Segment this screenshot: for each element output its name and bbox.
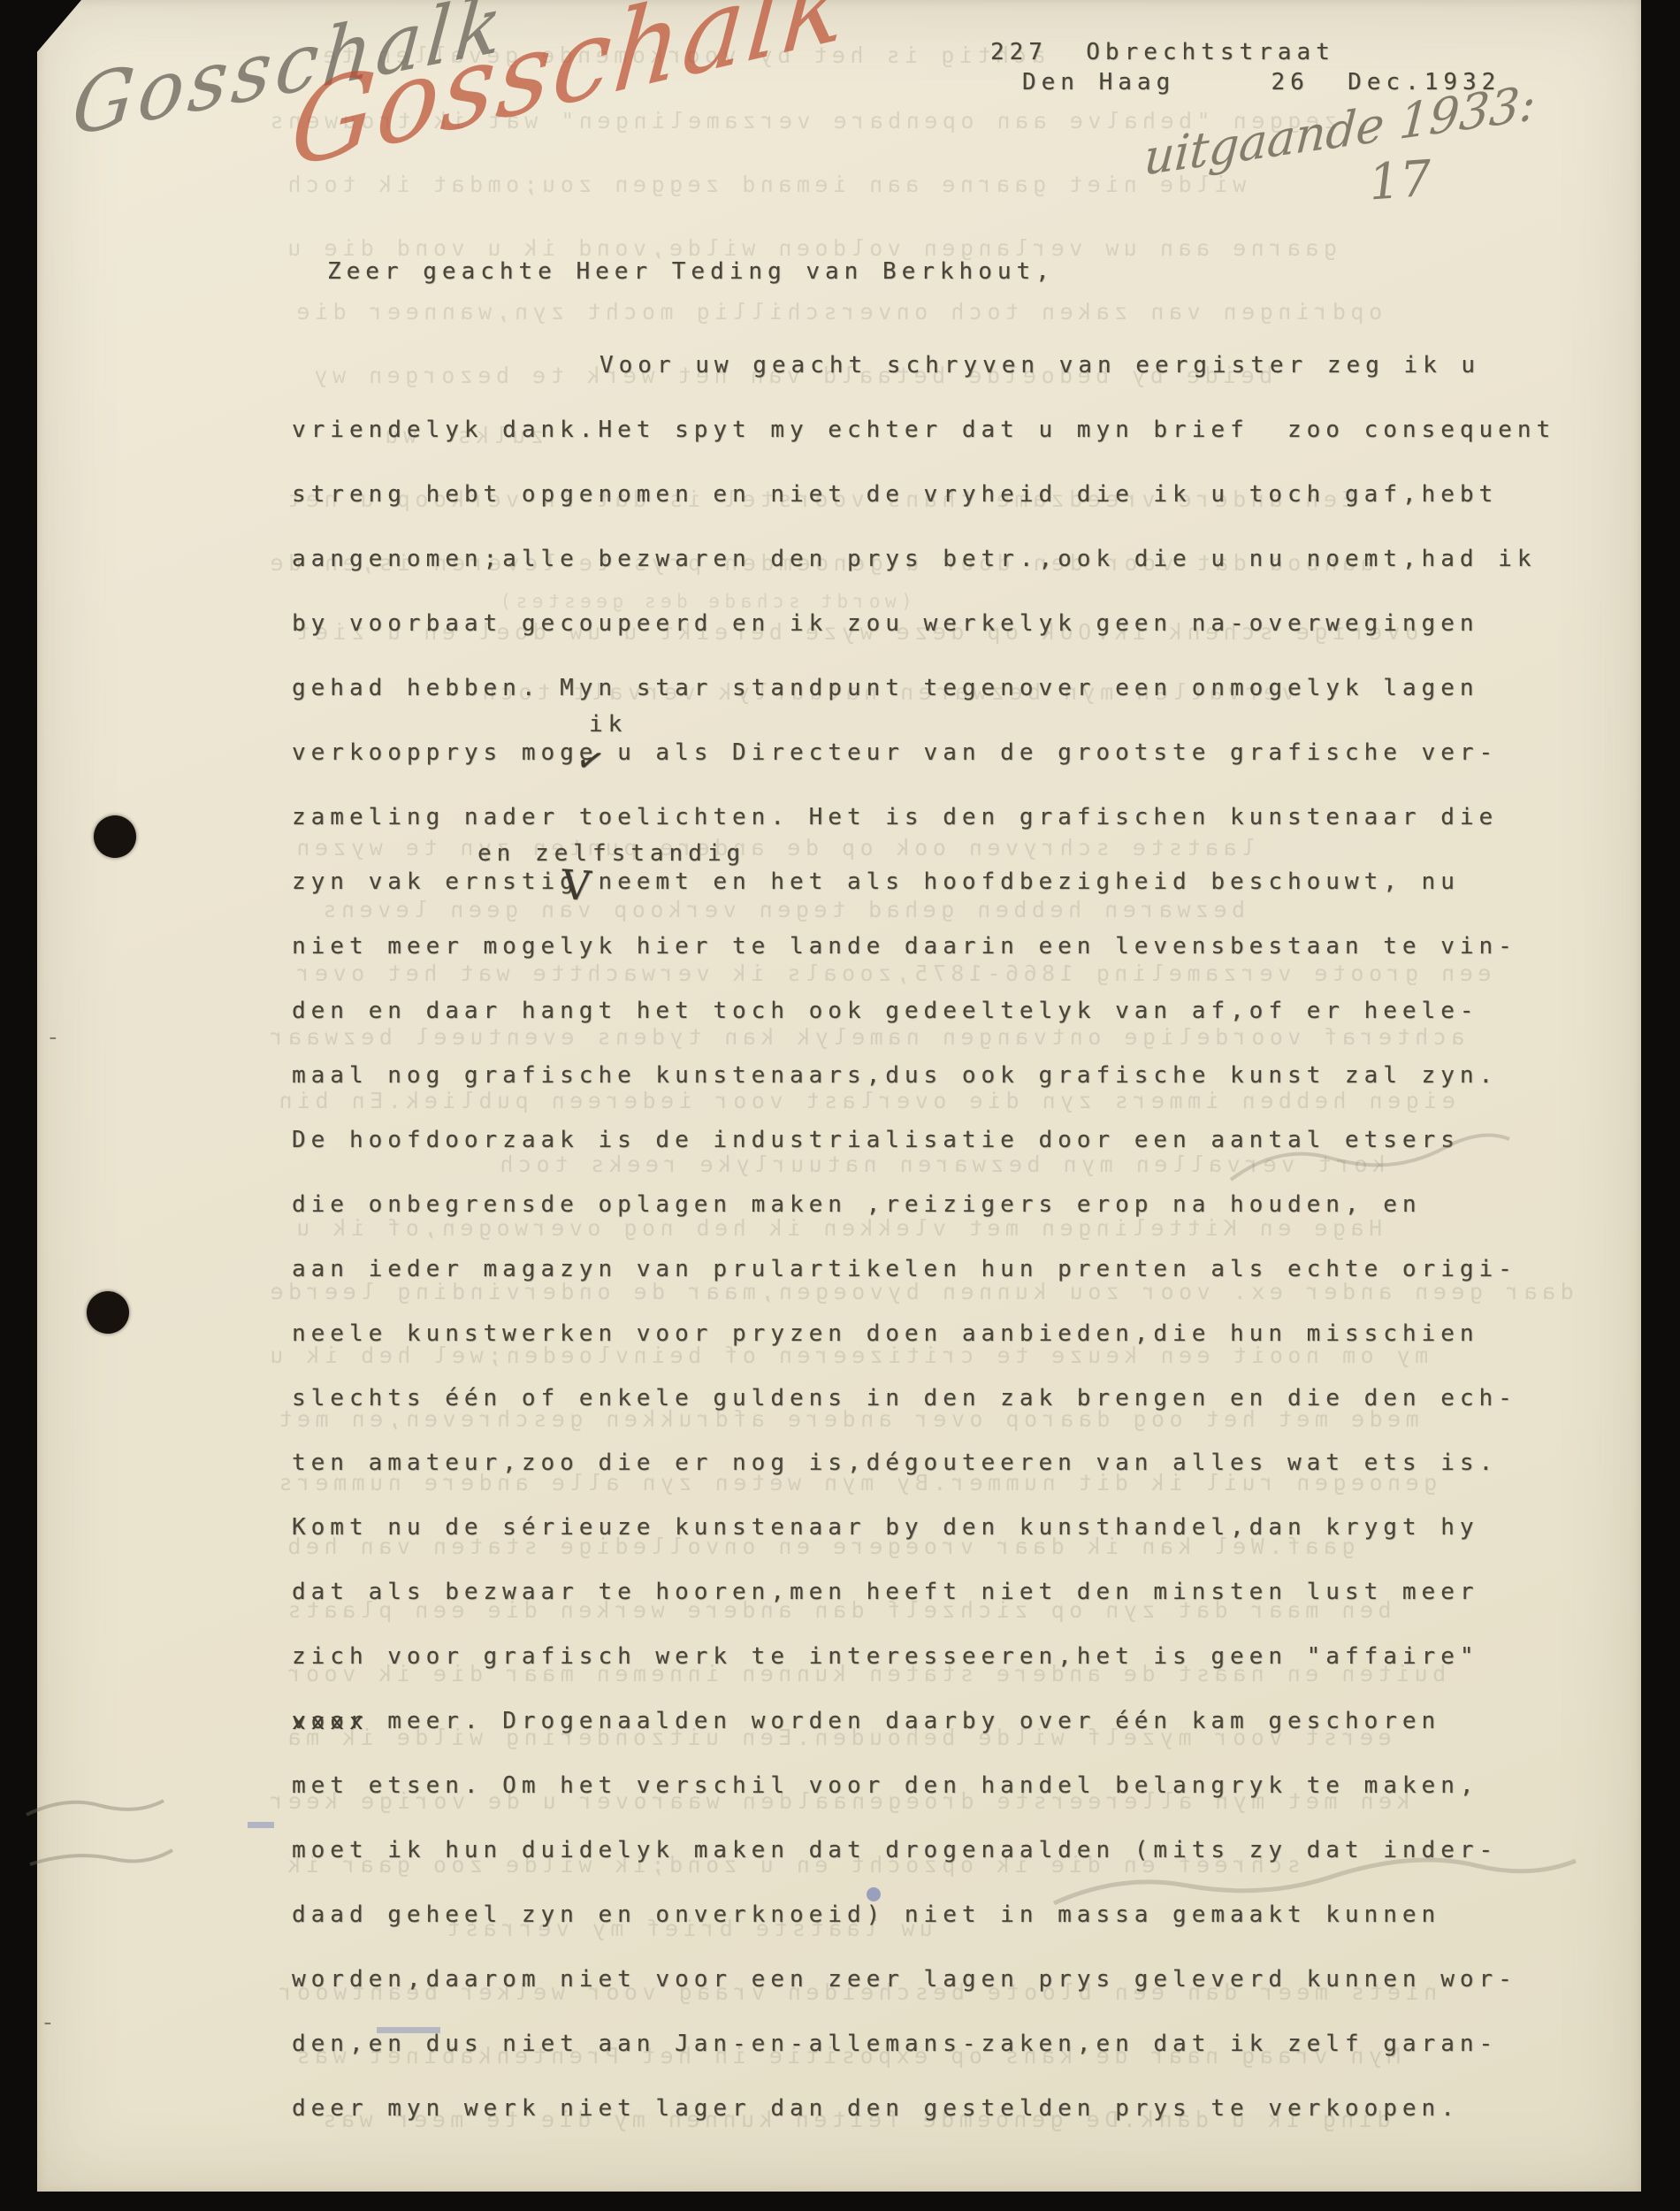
typed-line: neele kunstwerken voor pryzen doen aanbi… xyxy=(292,1320,1555,1385)
typed-line-text: Voor uw geacht schryven van eergister ze… xyxy=(599,352,1480,379)
typed-line-text: aan ieder magazyn van prulartikelen hun … xyxy=(292,1256,1517,1282)
typed-line-text: maal nog grafische kunstenaars,dus ook g… xyxy=(292,1062,1498,1089)
typed-line: die onbegrensde oplagen maken ,reizigers… xyxy=(292,1191,1555,1256)
typed-line: vriendelyk dank.Het spyt my echter dat u… xyxy=(292,417,1555,481)
typed-line-text: zich voor grafisch werk te interesseeren… xyxy=(292,1643,1479,1670)
typed-line: dat als bezwaar te hooren,men heeft niet… xyxy=(292,1579,1555,1643)
typed-line-text: den en daar hangt het toch ook gedeeltel… xyxy=(292,998,1479,1024)
typed-line: by voorbaat gecoupeerd en ik zou werkely… xyxy=(292,610,1555,675)
typed-line: aangenomen;alle bezwaren den prys betr.,… xyxy=(292,546,1555,610)
filing-number: 17 xyxy=(1367,150,1434,212)
typed-line-text: verkoopprys moge u als Directeur van de … xyxy=(292,739,1498,766)
typed-line-text: by voorbaat gecoupeerd en ik zou werkely… xyxy=(292,610,1479,637)
typed-line-text: meer. Drogenaalden worden daarby over éé… xyxy=(369,1708,1441,1734)
salutation: Zeer geachte Heer Teding van Berkhout, xyxy=(327,258,1055,285)
typed-line-text: neele kunstwerken voor pryzen doen aanbi… xyxy=(292,1320,1479,1347)
typed-line-text: Komt nu de sérieuze kunstenaar by den ku… xyxy=(292,1514,1479,1541)
typed-line: aan ieder magazyn van prulartikelen hun … xyxy=(292,1256,1555,1320)
typed-line: deer myn werk niet lager dan den gesteld… xyxy=(292,2095,1555,2160)
typed-line-text: daad geheel zyn en onverknoeid) niet in … xyxy=(292,1901,1440,1928)
typed-line: daad geheel zyn en onverknoeid) niet in … xyxy=(292,1901,1555,1966)
typed-line-text: De hoofdoorzaak is de industrialisatie d… xyxy=(292,1127,1460,1153)
typed-line-text: aangenomen;alle bezwaren den prys betr.,… xyxy=(292,546,1536,572)
typed-line: zyn vak ernstig neemt en het als hoofdbe… xyxy=(292,868,1555,933)
typed-line: Voor uw geacht schryven van eergister ze… xyxy=(292,352,1555,417)
typed-line: met etsen. Om het verschil voor den hand… xyxy=(292,1772,1555,1837)
typed-line-text: met etsen. Om het verschil voor den hand… xyxy=(292,1772,1479,1799)
margin-dash-mark: - xyxy=(46,1024,60,1051)
bleed-through-text: opdringen van zaken toch onverschillig m… xyxy=(292,299,1382,325)
typed-line-text: die onbegrensde oplagen maken ,reizigers… xyxy=(292,1191,1422,1218)
typed-line: den en daar hangt het toch ook gedeeltel… xyxy=(292,998,1555,1062)
typed-line-text: zameling nader toelichten. Het is den gr… xyxy=(292,804,1498,830)
typed-insertion: en zelfstandig xyxy=(477,840,745,867)
typed-line-text: vriendelyk dank.Het spyt my echter dat u… xyxy=(292,417,1555,443)
typed-line: Komt nu de sérieuze kunstenaar by den ku… xyxy=(292,1514,1555,1579)
margin-dash-mark: - xyxy=(41,2009,55,2036)
typed-line-text: zyn vak ernstig neemt en het als hoofdbe… xyxy=(292,868,1460,895)
punch-hole-top xyxy=(94,815,136,858)
scanned-letter: achtig is het by voorkomende gevallen te… xyxy=(0,0,1680,2211)
typed-line-text: ten amateur,zoo die er nog is,dégouteere… xyxy=(292,1450,1498,1476)
typed-line-text: gehad hebben. Myn star standpunt tegenov… xyxy=(292,675,1479,701)
insertion-caret-mark: V xyxy=(560,861,592,910)
typed-line: ten amateur,zoo die er nog is,dégouteere… xyxy=(292,1450,1555,1514)
bleed-through-text: wilde niet gaarne aan iemand zeggen zou;… xyxy=(283,172,1246,197)
typed-line-text: dat als bezwaar te hooren,men heeft niet… xyxy=(292,1579,1479,1605)
typed-line: den,en dus niet aan Jan-en-allemans-zake… xyxy=(292,2031,1555,2095)
typed-line-text: moet ik hun duidelyk maken dat drogenaal… xyxy=(292,1837,1498,1863)
typed-line-text: slechts één of enkele guldens in den zak… xyxy=(292,1385,1517,1412)
typed-insertion: ik xyxy=(589,711,627,738)
typed-line: verkoopprys moge u als Directeur van de … xyxy=(292,739,1555,804)
typed-line: slechts één of enkele guldens in den zak… xyxy=(292,1385,1555,1450)
typed-line: worden,daarom niet voor een zeer lagen p… xyxy=(292,1966,1555,2031)
typed-line: voorxxxx meer. Drogenaalden worden daarb… xyxy=(292,1708,1555,1772)
place-date-line: Den Haag 26 Dec.1932 xyxy=(1022,69,1501,96)
typed-line: De hoofdoorzaak is de industrialisatie d… xyxy=(292,1127,1555,1191)
typed-line-text: den,en dus niet aan Jan-en-allemans-zake… xyxy=(292,2031,1498,2057)
overstruck-word: voorxxxx xyxy=(292,1708,369,1734)
typed-line: gehad hebben. Myn star standpunt tegenov… xyxy=(292,675,1555,739)
sender-address-line: 227 Obrechtstraat xyxy=(990,39,1335,65)
letter-body: Voor uw geacht schryven van eergister ze… xyxy=(292,352,1555,2160)
typed-line: streng hebt opgenomen en niet de vryheid… xyxy=(292,481,1555,546)
bleed-through-text: gaarne aan uw verlangen voldoen wilde,vo… xyxy=(283,235,1337,261)
typed-line-text: deer myn werk niet lager dan den gesteld… xyxy=(292,2095,1460,2122)
scan-edge-right xyxy=(1641,0,1680,2211)
typed-line-text: streng hebt opgenomen en niet de vryheid… xyxy=(292,481,1498,508)
scan-edge-left xyxy=(0,0,37,2211)
punch-hole-bottom xyxy=(87,1291,129,1334)
scan-edge-bottom xyxy=(0,2192,1680,2211)
typed-line: maal nog grafische kunstenaars,dus ook g… xyxy=(292,1062,1555,1127)
typed-line-text: worden,daarom niet voor een zeer lagen p… xyxy=(292,1966,1517,1993)
typed-line: moet ik hun duidelyk maken dat drogenaal… xyxy=(292,1837,1555,1901)
typed-line: zich voor grafisch werk te interesseeren… xyxy=(292,1643,1555,1708)
typed-line: niet meer mogelyk hier te lande daarin e… xyxy=(292,933,1555,998)
typed-line-text: niet meer mogelyk hier te lande daarin e… xyxy=(292,933,1517,960)
